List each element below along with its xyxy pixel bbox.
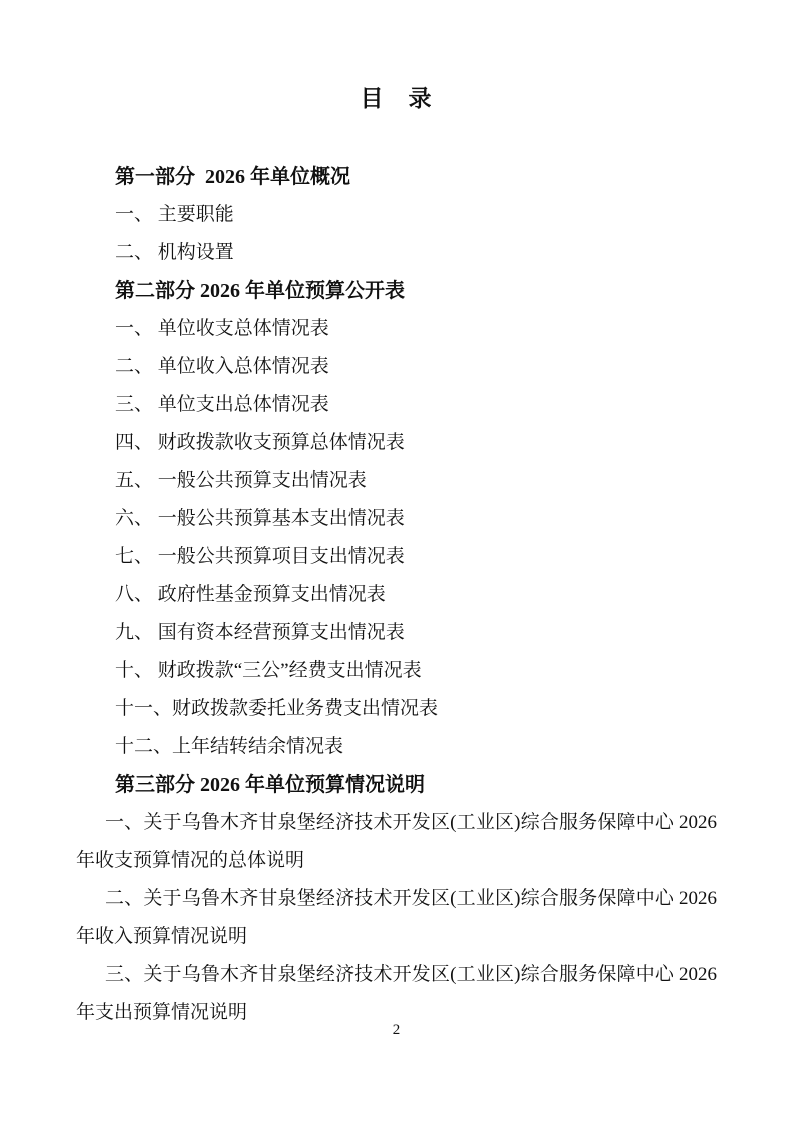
toc-item: 二、 单位收入总体情况表 — [76, 348, 717, 386]
section-heading-part3: 第三部分 2026 年单位预算情况说明 — [76, 766, 717, 804]
toc-item: 七、 一般公共预算项目支出情况表 — [76, 538, 717, 576]
toc-item: 一、 单位收支总体情况表 — [76, 310, 717, 348]
toc-item: 三、 单位支出总体情况表 — [76, 386, 717, 424]
toc-paragraph: 二、关于乌鲁木齐甘泉堡经济技术开发区(工业区)综合服务保障中心 2026 年收入… — [76, 880, 717, 956]
toc-paragraph: 一、关于乌鲁木齐甘泉堡经济技术开发区(工业区)综合服务保障中心 2026 年收支… — [76, 804, 717, 880]
section-heading-part1: 第一部分 2026 年单位概况 — [76, 158, 717, 196]
toc-item: 二、 机构设置 — [76, 234, 717, 272]
toc-item: 五、 一般公共预算支出情况表 — [76, 462, 717, 500]
toc-content: 第一部分 2026 年单位概况 一、 主要职能 二、 机构设置 第二部分 202… — [76, 158, 717, 1032]
toc-item: 十二、上年结转结余情况表 — [76, 728, 717, 766]
toc-item: 八、 政府性基金预算支出情况表 — [76, 576, 717, 614]
toc-item: 十一、财政拨款委托业务费支出情况表 — [76, 690, 717, 728]
toc-item: 六、 一般公共预算基本支出情况表 — [76, 500, 717, 538]
toc-item: 九、 国有资本经营预算支出情况表 — [76, 614, 717, 652]
toc-item: 四、 财政拨款收支预算总体情况表 — [76, 424, 717, 462]
toc-paragraph: 三、关于乌鲁木齐甘泉堡经济技术开发区(工业区)综合服务保障中心 2026 年支出… — [76, 956, 717, 1032]
document-page: 目 录 第一部分 2026 年单位概况 一、 主要职能 二、 机构设置 第二部分… — [0, 0, 793, 1122]
doc-title: 目 录 — [0, 80, 793, 113]
page-number: 2 — [0, 1022, 793, 1039]
section-heading-part2: 第二部分 2026 年单位预算公开表 — [76, 272, 717, 310]
toc-item: 十、 财政拨款“三公”经费支出情况表 — [76, 652, 717, 690]
toc-item: 一、 主要职能 — [76, 196, 717, 234]
